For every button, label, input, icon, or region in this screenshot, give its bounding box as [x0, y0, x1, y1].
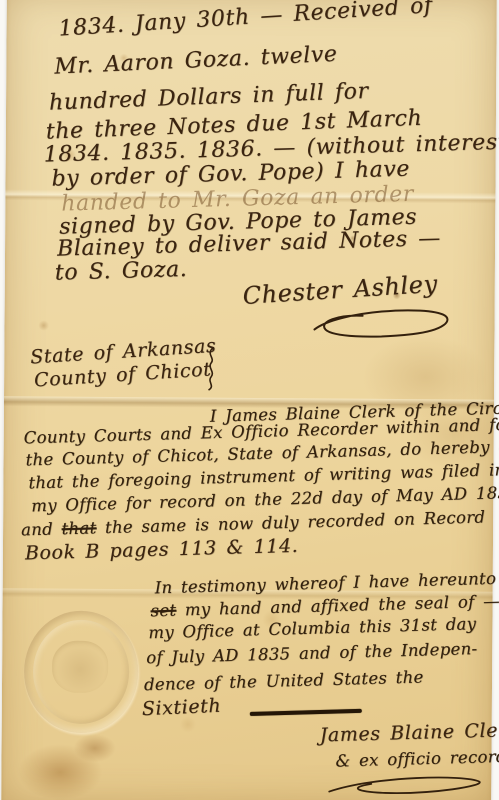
signature-flourish-icon	[304, 302, 456, 343]
document-paper: 1834. Jany 30th — Received of Mr. Aaron …	[1, 0, 497, 800]
closing-title: & ex officio recorder	[335, 746, 499, 770]
seal-emblem	[52, 641, 108, 693]
signature-james-blaine: James Blaine Clerk	[319, 719, 499, 747]
recorded-line-struck-word: that	[61, 518, 96, 538]
receipt-line: to S. Goza.	[55, 257, 188, 286]
certification-book-line: Book B pages 113 & 114.	[25, 535, 299, 565]
receipt-line: Mr. Aaron Goza. twelve	[54, 42, 338, 80]
testimony-line: dence of the United States the	[144, 667, 424, 694]
testimony-sixtieth: Sixtieth	[141, 695, 221, 721]
embossed-seal-icon	[24, 610, 139, 733]
testimony-line: of July AD 1835 and of the Indepen-	[146, 639, 478, 667]
testimony-struck-word: set	[150, 601, 176, 621]
pen-dash	[250, 709, 362, 716]
receipt-line: 1834. Jany 30th — Received of	[58, 0, 434, 42]
jurat-brace-icon	[202, 346, 218, 392]
closing-flourish-icon	[327, 773, 487, 800]
recorded-line-pre: and	[21, 519, 62, 539]
